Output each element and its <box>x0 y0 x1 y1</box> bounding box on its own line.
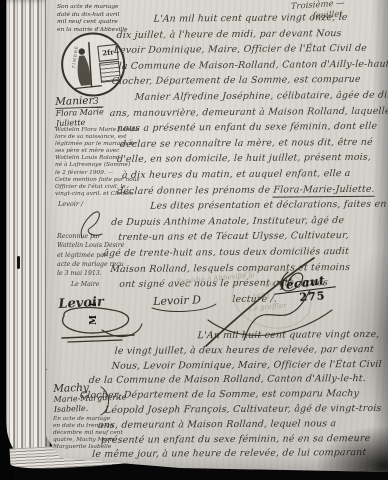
scanned-register-page: Troisième — feuillet Son acte de mariage… <box>0 0 388 480</box>
act2-body-text: L'An mil huit cent quatre vingt onze, le… <box>76 328 384 463</box>
text-line: L'An mil huit cent quatre vingt onze, le <box>115 10 386 28</box>
note-line: Son acte de mariage <box>57 4 157 12</box>
mention-signature: Levoir / <box>58 200 83 208</box>
register-page: Troisième — feuillet Son acte de mariage… <box>0 0 388 480</box>
text-line: le même jour, à une heure de relevée, de… <box>76 446 377 463</box>
text-line: à dix heures du matin, et auquel enfant,… <box>106 166 377 184</box>
text-line: ans, demeurant à Maison Rolland, lequel … <box>77 417 378 434</box>
child-name: Flora-Marie-Juliette. <box>273 183 375 197</box>
book-page-edges-left <box>6 0 50 460</box>
text-line: le vingt juillet, à deux heures de relev… <box>82 343 383 360</box>
act1-margin-name: Manier Flora Marie Juliette <box>55 94 104 128</box>
text-run: déclaré donner les prénoms de <box>117 184 274 196</box>
text-line: Manier Alfredine Joséphine, célibataire,… <box>110 88 381 106</box>
given-names: Flora Marie <box>55 107 103 118</box>
edge-ink-mark <box>17 256 20 269</box>
